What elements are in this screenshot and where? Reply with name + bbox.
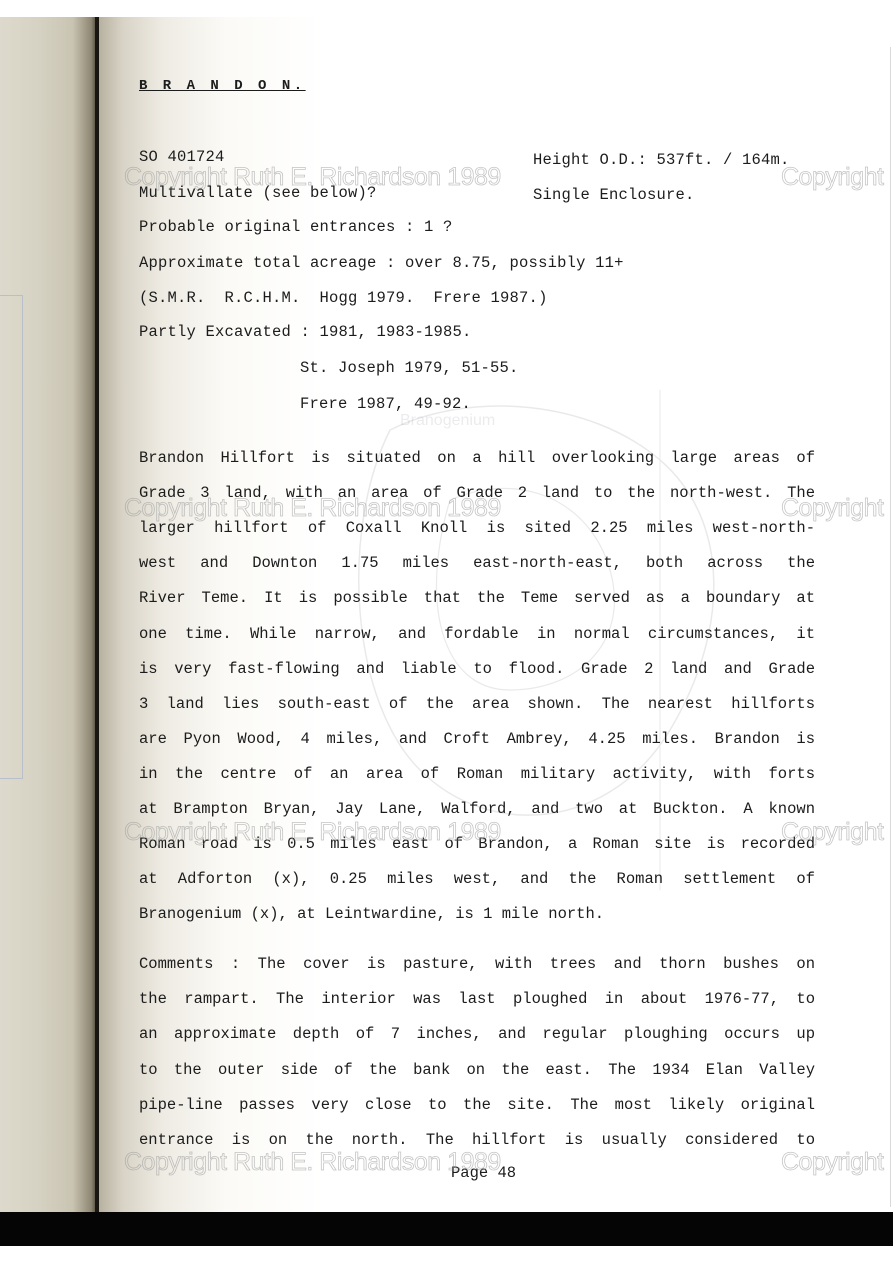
reference-item: Frere 1987, 49-92. [300,395,471,413]
text-line: River Teme. It is possible that the Teme… [139,589,815,607]
text-line: is very fast-flowing and liable to flood… [139,660,815,678]
copyright-watermark: Copyright Ruth E. Richardson 1989 [124,494,501,523]
text-line: an approximate depth of 7 inches, and re… [139,1025,815,1043]
text-line: at Brampton Bryan, Jay Lane, Walford, an… [139,800,815,818]
copyright-watermark: Copyright Ruth E. Richardson 1989 [124,163,501,192]
text-line: Brandon Hillfort is situated on a hill o… [139,449,815,467]
text-line: the rampart. The interior was last ploug… [139,990,815,1008]
text-line: are Pyon Wood, 4 miles, and Croft Ambrey… [139,730,815,748]
text-line: at Adforton (x), 0.25 miles west, and th… [139,870,815,888]
text-line: pipe-line passes very close to the site.… [139,1096,815,1114]
text-line: Comments : The cover is pasture, with tr… [139,955,815,973]
previous-page-edge [0,17,97,1212]
excavated: Partly Excavated : 1981, 1983-1985. [139,323,472,341]
copyright-watermark-edge: Copyright [781,818,884,847]
text-line: to the outer side of the bank on the eas… [139,1061,815,1079]
text-line: one time. While narrow, and fordable in … [139,625,815,643]
copyright-watermark-edge: Copyright [781,494,884,523]
page-edge-line [890,47,891,1207]
acreage: Approximate total acreage : over 8.75, p… [139,254,624,272]
entrances: Probable original entrances : 1 ? [139,218,453,236]
text-line: west and Downton 1.75 miles east-north-e… [139,554,815,572]
copyright-watermark: Copyright Ruth E. Richardson 1989 [124,1148,501,1177]
showthrough-label: Branogenium [400,412,495,430]
text-line: Branogenium (x), at Leintwardine, is 1 m… [139,905,815,923]
sources: (S.M.R. R.C.H.M. Hogg 1979. Frere 1987.) [139,289,548,307]
enclosure-type: Single Enclosure. [533,186,695,204]
text-line: in the centre of an area of Roman milita… [139,765,815,783]
height-od: Height O.D.: 537ft. / 164m. [533,151,790,169]
previous-page-box-outline [0,295,23,779]
text-line: 3 land lies south-east of the area shown… [139,695,815,713]
copyright-watermark: Copyright Ruth E. Richardson 1989 [124,818,501,847]
page-title: B R A N D O N. [139,78,306,94]
reference-item: St. Joseph 1979, 51-55. [300,359,519,377]
copyright-watermark-edge: Copyright [781,163,884,192]
scanner-bottom-band [0,1212,893,1246]
text-line: entrance is on the north. The hillfort i… [139,1131,815,1149]
copyright-watermark-edge: Copyright [781,1148,884,1177]
